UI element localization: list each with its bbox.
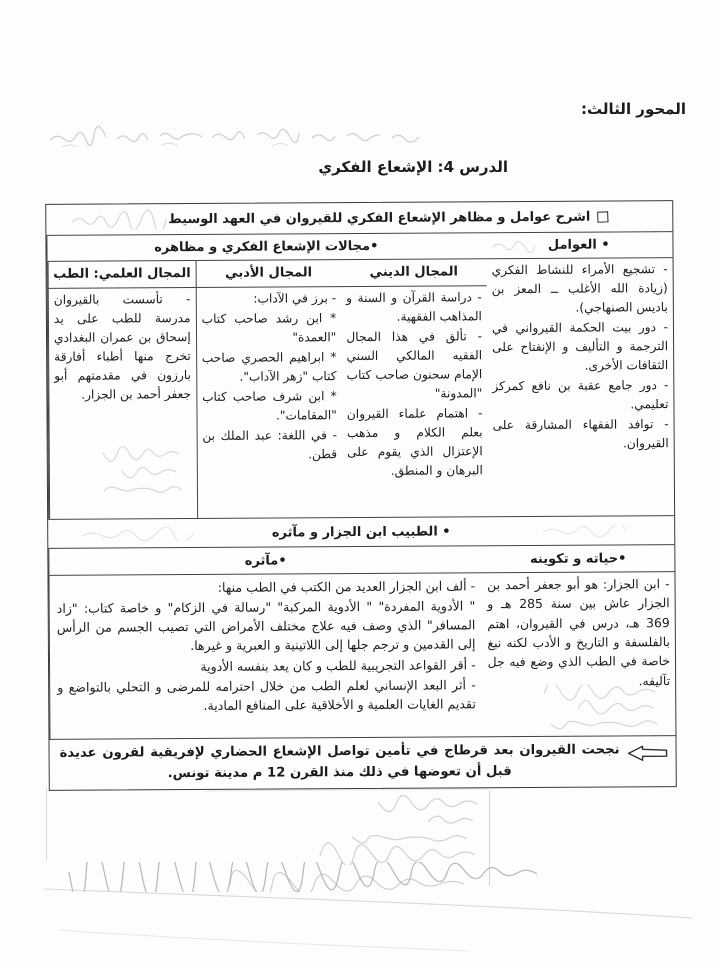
pencil-handwriting bbox=[215, 795, 485, 865]
achievements-header-cell: •مآثره bbox=[48, 546, 482, 575]
pencil-handwriting bbox=[63, 446, 188, 505]
fields-columns: المجال الديني المجال الأدبي المجال العلم… bbox=[47, 259, 489, 519]
lesson-title: الدرس 4: الإشعاع الفكري bbox=[318, 158, 508, 176]
achievement-item: - أقر القواعد التجريبية للطب و كان يعد ب… bbox=[57, 655, 476, 677]
factors-header-cell: • العوامل bbox=[485, 232, 673, 258]
religion-column-header: المجال الديني bbox=[341, 259, 487, 286]
literary-item: - في اللغة: عبد الملك بن قطن. bbox=[202, 426, 337, 465]
factors-content: - تشجيع الأمراء للنشاط الفكري (زيادة الل… bbox=[487, 258, 675, 517]
pencil-handwriting bbox=[78, 527, 208, 542]
factor-item: - توافد الفقهاء المشارقة على القيروان. bbox=[493, 415, 669, 454]
achievement-item: - ألف ابن الجزار العديد من الكتب في الطب… bbox=[57, 576, 476, 598]
medical-item: - تأسست بالقيروان مدرسة للطب على يد إسحا… bbox=[54, 290, 191, 405]
literary-item: * ابراهيم الحصري صاحب كتاب "زهر الآداب". bbox=[202, 348, 337, 387]
religion-item: - اهتمام علماء القيروان بعلم الكلام و مذ… bbox=[347, 404, 483, 481]
fields-content-row: - تشجيع الأمراء للنشاط الفكري (زيادة الل… bbox=[47, 258, 675, 520]
pencil-handwriting bbox=[42, 120, 437, 152]
worksheet-table: اشرح عوامل و مظاهر الإشعاع الفكري للقيرو… bbox=[45, 200, 677, 791]
religion-item: - تألق في هذا المجال الفقيه المالكي السن… bbox=[346, 327, 482, 404]
fields-header-cell: •مجالات الإشعاع الفكري و مظاهره bbox=[46, 233, 485, 261]
life-header-cell: •حياته و تكوينه bbox=[482, 545, 675, 572]
religion-column-content: - دراسة القرآن و السنة و المذاهب الفقهية… bbox=[341, 286, 488, 517]
section-headers-row: • العوامل •مجالات الإشعاع الفكري و مظاهر… bbox=[46, 232, 672, 262]
medical-column-content: - تأسست بالقيروان مدرسة للطب على يد إسحا… bbox=[48, 288, 197, 519]
pencil-handwriting bbox=[505, 684, 665, 733]
doctor-content-row: - ابن الجزار: هو أبو جعفر أحمد بن الجزار… bbox=[48, 572, 675, 740]
pencil-handwriting bbox=[539, 524, 649, 539]
left-arrow-icon bbox=[628, 745, 668, 765]
factor-item: - دور بيت الحكمة القيرواني في الترجمة و … bbox=[492, 318, 668, 376]
pencil-handwriting bbox=[489, 237, 537, 253]
literary-item: * ابن رشد صاحب كتاب "العمدة" bbox=[202, 309, 337, 348]
doctor-subheaders-row: •حياته و تكوينه •مآثره bbox=[48, 545, 674, 576]
achievement-item: " الأدوية المفردة" " الأدوية المركبة" "ر… bbox=[57, 596, 476, 656]
conclusion-text: نجحت القيروان بعد قرطاج في تأمين تواصل ا… bbox=[60, 739, 620, 785]
field-columns-content: - دراسة القرآن و السنة و المذاهب الفقهية… bbox=[48, 286, 488, 519]
literary-item: * ابن شرف صاحب كتاب "المقامات". bbox=[202, 387, 337, 426]
pencil-box-border bbox=[489, 790, 490, 886]
literary-column-header: المجال الأدبي bbox=[195, 260, 341, 287]
life-content: - ابن الجزار: هو أبو جعفر أحمد بن الجزار… bbox=[482, 572, 675, 736]
table-instruction: اشرح عوامل و مظاهر الإشعاع الفكري للقيرو… bbox=[168, 209, 590, 227]
achievement-item: - أثر البعد الإنساني لعلم الطب من خلال ا… bbox=[57, 675, 476, 716]
pencil-handwriting bbox=[44, 862, 544, 892]
fields-header: •مجالات الإشعاع الفكري و مظاهره bbox=[154, 239, 378, 255]
factor-item: - دور جامع عقبة بن نافع كمركز تعليمي. bbox=[492, 376, 668, 415]
field-column-headers: المجال الديني المجال الأدبي المجال العلم… bbox=[48, 259, 487, 289]
table-instruction-row: اشرح عوامل و مظاهر الإشعاع الفكري للقيرو… bbox=[46, 201, 672, 236]
literary-item: - برز في الآداب: bbox=[201, 289, 336, 309]
doctor-section-header: • الطبيب ابن الجزار و مآثره bbox=[272, 524, 451, 540]
life-item: - ابن الجزار: هو أبو جعفر أحمد بن الجزار… bbox=[487, 574, 670, 691]
medical-column-header: المجال العلمي: الطب bbox=[48, 261, 196, 288]
doctor-section-header-row: • الطبيب ابن الجزار و مآثره bbox=[48, 516, 674, 549]
achievements-content: - ألف ابن الجزار العديد من الكتب في الطب… bbox=[48, 573, 483, 739]
factors-header: • العوامل bbox=[548, 237, 610, 252]
checkbox-icon bbox=[597, 211, 608, 222]
literary-column-content: - برز في الآداب: * ابن رشد صاحب كتاب "ال… bbox=[195, 287, 342, 518]
pencil-margin-line bbox=[46, 787, 47, 861]
scanned-worksheet-page: المحور الثالث: الدرس 4: الإشعاع الفكري ا… bbox=[0, 0, 720, 968]
axis-heading: المحور الثالث: bbox=[581, 100, 686, 118]
religion-item: - دراسة القرآن و السنة و المذاهب الفقهية… bbox=[346, 288, 482, 327]
factor-item: - تشجيع الأمراء للنشاط الفكري (زيادة الل… bbox=[492, 260, 668, 318]
conclusion-row: نجحت القيروان بعد قرطاج في تأمين تواصل ا… bbox=[49, 736, 675, 790]
